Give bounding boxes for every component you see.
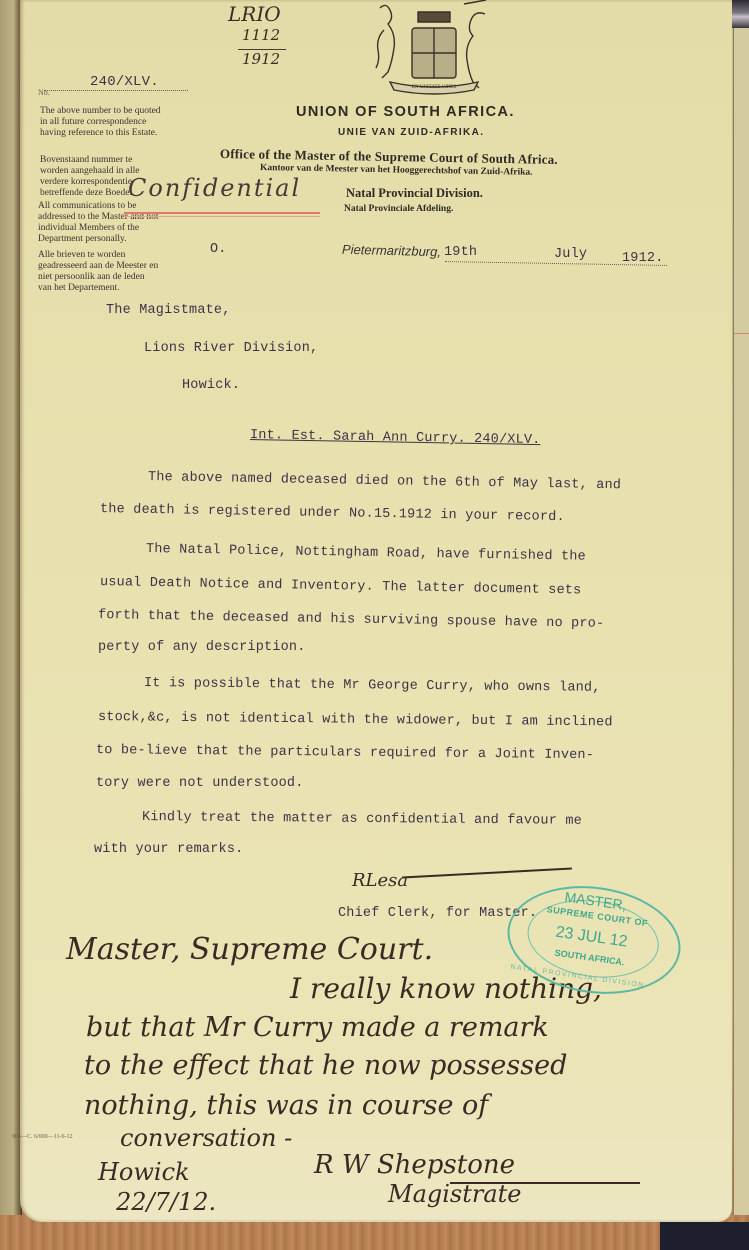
body-line: stock,&c, is not identical with the wido… — [98, 710, 613, 730]
letter-page: LRIO 1112 1912 No. 240/XLV. The above nu… — [20, 0, 732, 1222]
division-title: Natal Provincial Division. — [346, 186, 483, 201]
body-line: with your remarks. — [94, 842, 243, 857]
archive-ref-denominator: 1912 — [242, 50, 280, 68]
signature-flourish — [402, 868, 572, 878]
coat-of-arms-icon: EX UNITATE VIRES — [360, 0, 505, 95]
reply-line: to the effect that he now possessed — [84, 1050, 567, 1081]
addressee-line3: Howick. — [182, 378, 240, 393]
red-underline-secondary — [124, 216, 320, 217]
printer-mark: 905—C. 6/000—11-6-12 — [12, 1134, 72, 1140]
body-line: tory were not understood. — [96, 776, 304, 791]
archive-ref-line1: LRIO — [228, 2, 281, 26]
book-binding — [0, 0, 22, 1250]
reply-line: but that Mr Curry made a remark — [86, 1012, 549, 1043]
subject-line: Int. Est. Sarah Ann Curry. 240/XLV. — [250, 428, 541, 448]
body-line: Kindly treat the matter as confidential … — [142, 810, 582, 829]
division-title-dutch: Natal Provinciale Afdeling. — [344, 204, 453, 214]
reply-line: conversation - — [120, 1124, 292, 1152]
side-note-quote-number: The above number to be quoted in all fut… — [40, 106, 162, 139]
reply-date: 22/7/12. — [116, 1188, 216, 1216]
body-line: the death is registered under No.15.1912… — [100, 502, 565, 525]
side-note-communications: All communications to be addressed to th… — [38, 201, 160, 245]
addressee-line1: The Magistmate, — [106, 303, 231, 318]
dateline-month: July — [554, 247, 587, 262]
side-note-communications-dutch: Alle brieven te worden geadresseerd aan … — [38, 250, 160, 294]
confidential-annotation: Confidential — [128, 174, 301, 202]
ruled-line — [734, 333, 749, 334]
magistrate-signature: R W Shepstone — [314, 1150, 515, 1180]
dateline-day: 19th — [444, 245, 477, 260]
adjacent-page-edge — [733, 0, 749, 1230]
reply-line: nothing, this was in course of — [84, 1090, 488, 1121]
red-underline — [124, 212, 320, 214]
body-line: forth that the deceased and his survivin… — [98, 608, 605, 632]
reference-letter: O. — [210, 242, 227, 257]
country-title-dutch: UNIE VAN ZUID-AFRIKA. — [338, 127, 484, 138]
reply-place: Howick — [98, 1158, 190, 1186]
dateline-year: 1912. — [622, 251, 664, 266]
body-line: The Natal Police, Nottingham Road, have … — [146, 542, 586, 565]
signatory-title: Chief Clerk, for Master. — [338, 906, 537, 921]
reply-line: Master, Supreme Court. — [66, 932, 433, 967]
body-line: The above named deceased died on the 6th… — [148, 470, 621, 493]
clerk-signature: RLesa — [352, 870, 408, 891]
addressee-line2: Lions River Division, — [144, 341, 318, 356]
magistrate-title: Magistrate — [388, 1180, 522, 1208]
body-line: to be-lieve that the particulars require… — [96, 743, 594, 763]
svg-text:EX UNITATE VIRES: EX UNITATE VIRES — [412, 85, 456, 90]
body-line: usual Death Notice and Inventory. The la… — [100, 575, 582, 598]
dateline-place: Pietermaritzburg, — [342, 242, 441, 260]
archive-ref-numerator: 1112 — [242, 26, 280, 44]
dark-object-corner — [660, 1222, 749, 1250]
body-line: It is possible that the Mr George Curry,… — [144, 676, 601, 696]
body-line: perty of any description. — [98, 640, 306, 655]
file-number: 240/XLV. — [44, 74, 188, 91]
country-title: UNION OF SOUTH AFRICA. — [296, 104, 515, 120]
